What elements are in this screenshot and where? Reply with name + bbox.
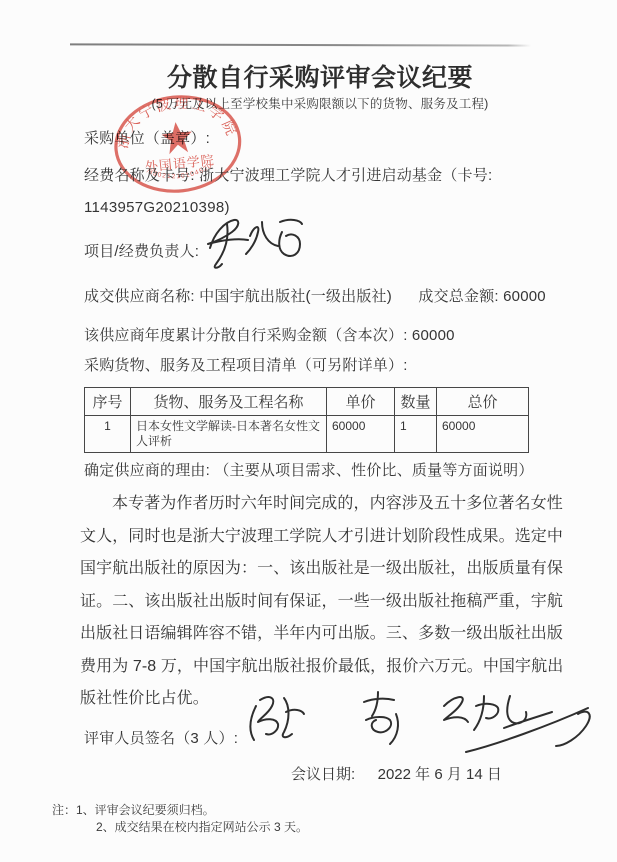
col-header-unit-price: 单价 bbox=[327, 388, 395, 416]
reason-paragraph: 本专著为作者历时六年时间完成的，内容涉及五十多位著名女性 文人，同时也是浙大宁波… bbox=[80, 488, 550, 716]
reason-line: 本专著为作者历时六年时间完成的，内容涉及五十多位著名女性 bbox=[80, 488, 550, 521]
reason-caption: 确定供应商的理由: （主要从项目需求、性价比、质量等方面说明） bbox=[84, 459, 534, 480]
document-title: 分散自行采购评审会议纪要 bbox=[30, 58, 610, 94]
col-header-index: 序号 bbox=[85, 388, 131, 416]
meeting-date-value: 2022 年 6 月 14 日 bbox=[378, 766, 502, 783]
reviewer-sign-label: 评审人员签名（3 人）: bbox=[84, 727, 238, 748]
note-line-2: 2、成交结果在校内指定网站公示 3 天。 bbox=[96, 818, 308, 835]
reviewer-signatures bbox=[238, 684, 610, 772]
reviewer-signature-3 bbox=[444, 696, 590, 752]
reason-line: 证。二、该出版社出版时间有保证，一些一级出版社拖稿严重，宇航 bbox=[80, 586, 550, 619]
reason-line: 国宇航出版社的原因为：一、该出版社是一级出版社，出版质量有保 bbox=[80, 553, 550, 586]
official-seal-stamp: 浙大宁波理工学院 外国语学院 33021210104520 bbox=[103, 83, 254, 209]
col-header-qty: 数量 bbox=[395, 388, 437, 416]
list-caption: 采购货物、服务及工程项目清单（可另附详单）: bbox=[84, 354, 408, 375]
seal-star-icon bbox=[160, 121, 194, 155]
total-amount-text: 成交总金额: 60000 bbox=[418, 288, 545, 305]
document-page: 分散自行采购评审会议纪要 (5 万元及以上至学校集中采购限额以下的货物、服务及工… bbox=[0, 0, 617, 862]
cell-total: 60000 bbox=[437, 416, 529, 453]
col-header-total: 总价 bbox=[437, 388, 529, 416]
fund-name-card-line: 经费名称及卡号: 浙大宁波理工学院人才引进启动基金（卡号: bbox=[84, 164, 492, 185]
cell-index: 1 bbox=[85, 416, 131, 453]
cell-unit-price: 60000 bbox=[327, 416, 395, 453]
cell-qty: 1 bbox=[395, 416, 437, 453]
scan-artifact-line bbox=[70, 43, 531, 46]
supplier-name-text: 成交供应商名称: 中国宇航出版社(一级出版社) bbox=[84, 288, 392, 305]
table-row: 1 日本女性文学解读-日本著名女性文人评析 60000 1 60000 bbox=[85, 416, 529, 453]
reviewer-signature-2 bbox=[364, 692, 398, 744]
items-table: 序号 货物、服务及工程名称 单价 数量 总价 1 日本女性文学解读-日本著名女性… bbox=[84, 387, 529, 453]
document-subtitle: (5 万元及以上至学校集中采购限额以下的货物、服务及工程) bbox=[0, 94, 617, 112]
reason-line: 费用为 7-8 万，中国宇航出版社报价最低，报价六万元。中国宇航出 bbox=[80, 651, 550, 684]
reviewer-signature-1 bbox=[250, 697, 304, 740]
meeting-date-line: 会议日期: 2022 年 6 月 14 日 bbox=[291, 763, 502, 784]
manager-signature bbox=[194, 212, 308, 274]
annual-total-line: 该供应商年度累计分散自行采购金额（含本次）: 60000 bbox=[84, 324, 455, 345]
reason-line: 文人，同时也是浙大宁波理工学院人才引进计划阶段性成果。选定中 bbox=[80, 521, 550, 554]
meeting-date-label: 会议日期: bbox=[291, 766, 355, 783]
table-header-row: 序号 货物、服务及工程名称 单价 数量 总价 bbox=[85, 388, 529, 416]
reason-line: 出版社日语编辑阵容不错，半年内可出版。三、多数一级出版社出版 bbox=[80, 618, 550, 651]
note-line-1: 注：1、评审会议纪要须归档。 bbox=[52, 801, 215, 818]
col-header-name: 货物、服务及工程名称 bbox=[131, 388, 327, 416]
supplier-line: 成交供应商名称: 中国宇航出版社(一级出版社) 成交总金额: 60000 bbox=[84, 285, 546, 306]
cell-item-name: 日本女性文学解读-日本著名女性文人评析 bbox=[131, 416, 327, 453]
manager-label: 项目/经费负责人: bbox=[84, 240, 199, 261]
